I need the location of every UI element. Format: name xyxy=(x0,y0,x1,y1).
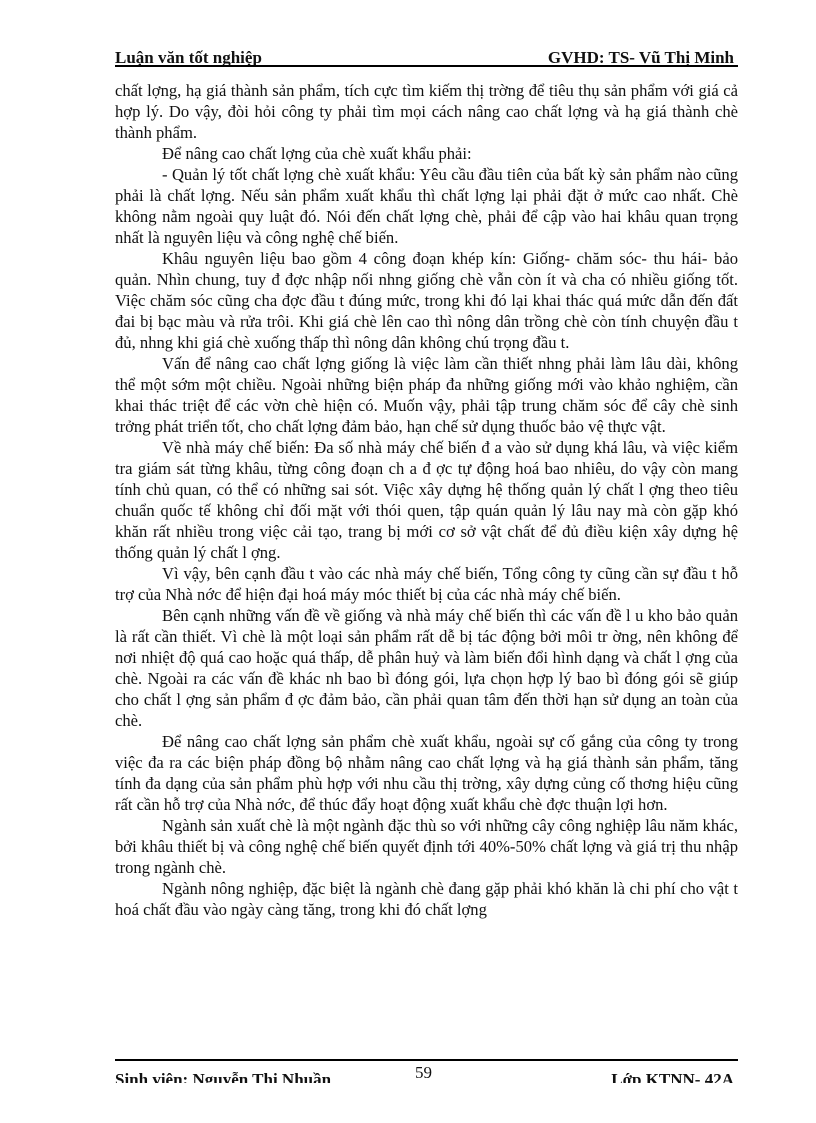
paragraph: Bên cạnh những vấn đề về giống và nhà má… xyxy=(115,605,738,731)
page-header: Luận văn tốt nghiệp GVHD: TS- Vũ Thị Min… xyxy=(115,48,738,67)
document-body: chất lợng, hạ giá thành sản phẩm, tích c… xyxy=(115,80,738,920)
page-number: 59 xyxy=(415,1063,432,1083)
header-advisor: GVHD: TS- Vũ Thị Minh xyxy=(548,48,734,67)
paragraph: Vấn để nâng cao chất lợng giống là việc … xyxy=(115,353,738,437)
footer-student-name: Sinh viên: Nguyễn Thị Nhuần xyxy=(115,1070,331,1083)
paragraph: Vì vậy, bên cạnh đầu t vào các nhà máy c… xyxy=(115,563,738,605)
paragraph: Khâu nguyên liệu bao gồm 4 công đoạn khé… xyxy=(115,248,738,353)
paragraph: - Quản lý tốt chất lợng chè xuất khẩu: Y… xyxy=(115,164,738,248)
page-footer: Sinh viên: Nguyễn Thị Nhuần 59 Lớp KTNN-… xyxy=(115,1059,738,1083)
paragraph: Về nhà máy chế biến: Đa số nhà máy chế b… xyxy=(115,437,738,563)
paragraph: chất lợng, hạ giá thành sản phẩm, tích c… xyxy=(115,80,738,143)
footer-class: Lớp KTNN- 42A xyxy=(611,1070,734,1083)
header-thesis-title: Luận văn tốt nghiệp xyxy=(115,48,262,67)
paragraph: Ngành sản xuất chè là một ngành đặc thù … xyxy=(115,815,738,878)
paragraph: Ngành nông nghiệp, đặc biệt là ngành chè… xyxy=(115,878,738,920)
paragraph: Để nâng cao chất lợng của chè xuất khẩu … xyxy=(115,143,738,164)
paragraph: Để nâng cao chất lợng sản phẩm chè xuất … xyxy=(115,731,738,815)
